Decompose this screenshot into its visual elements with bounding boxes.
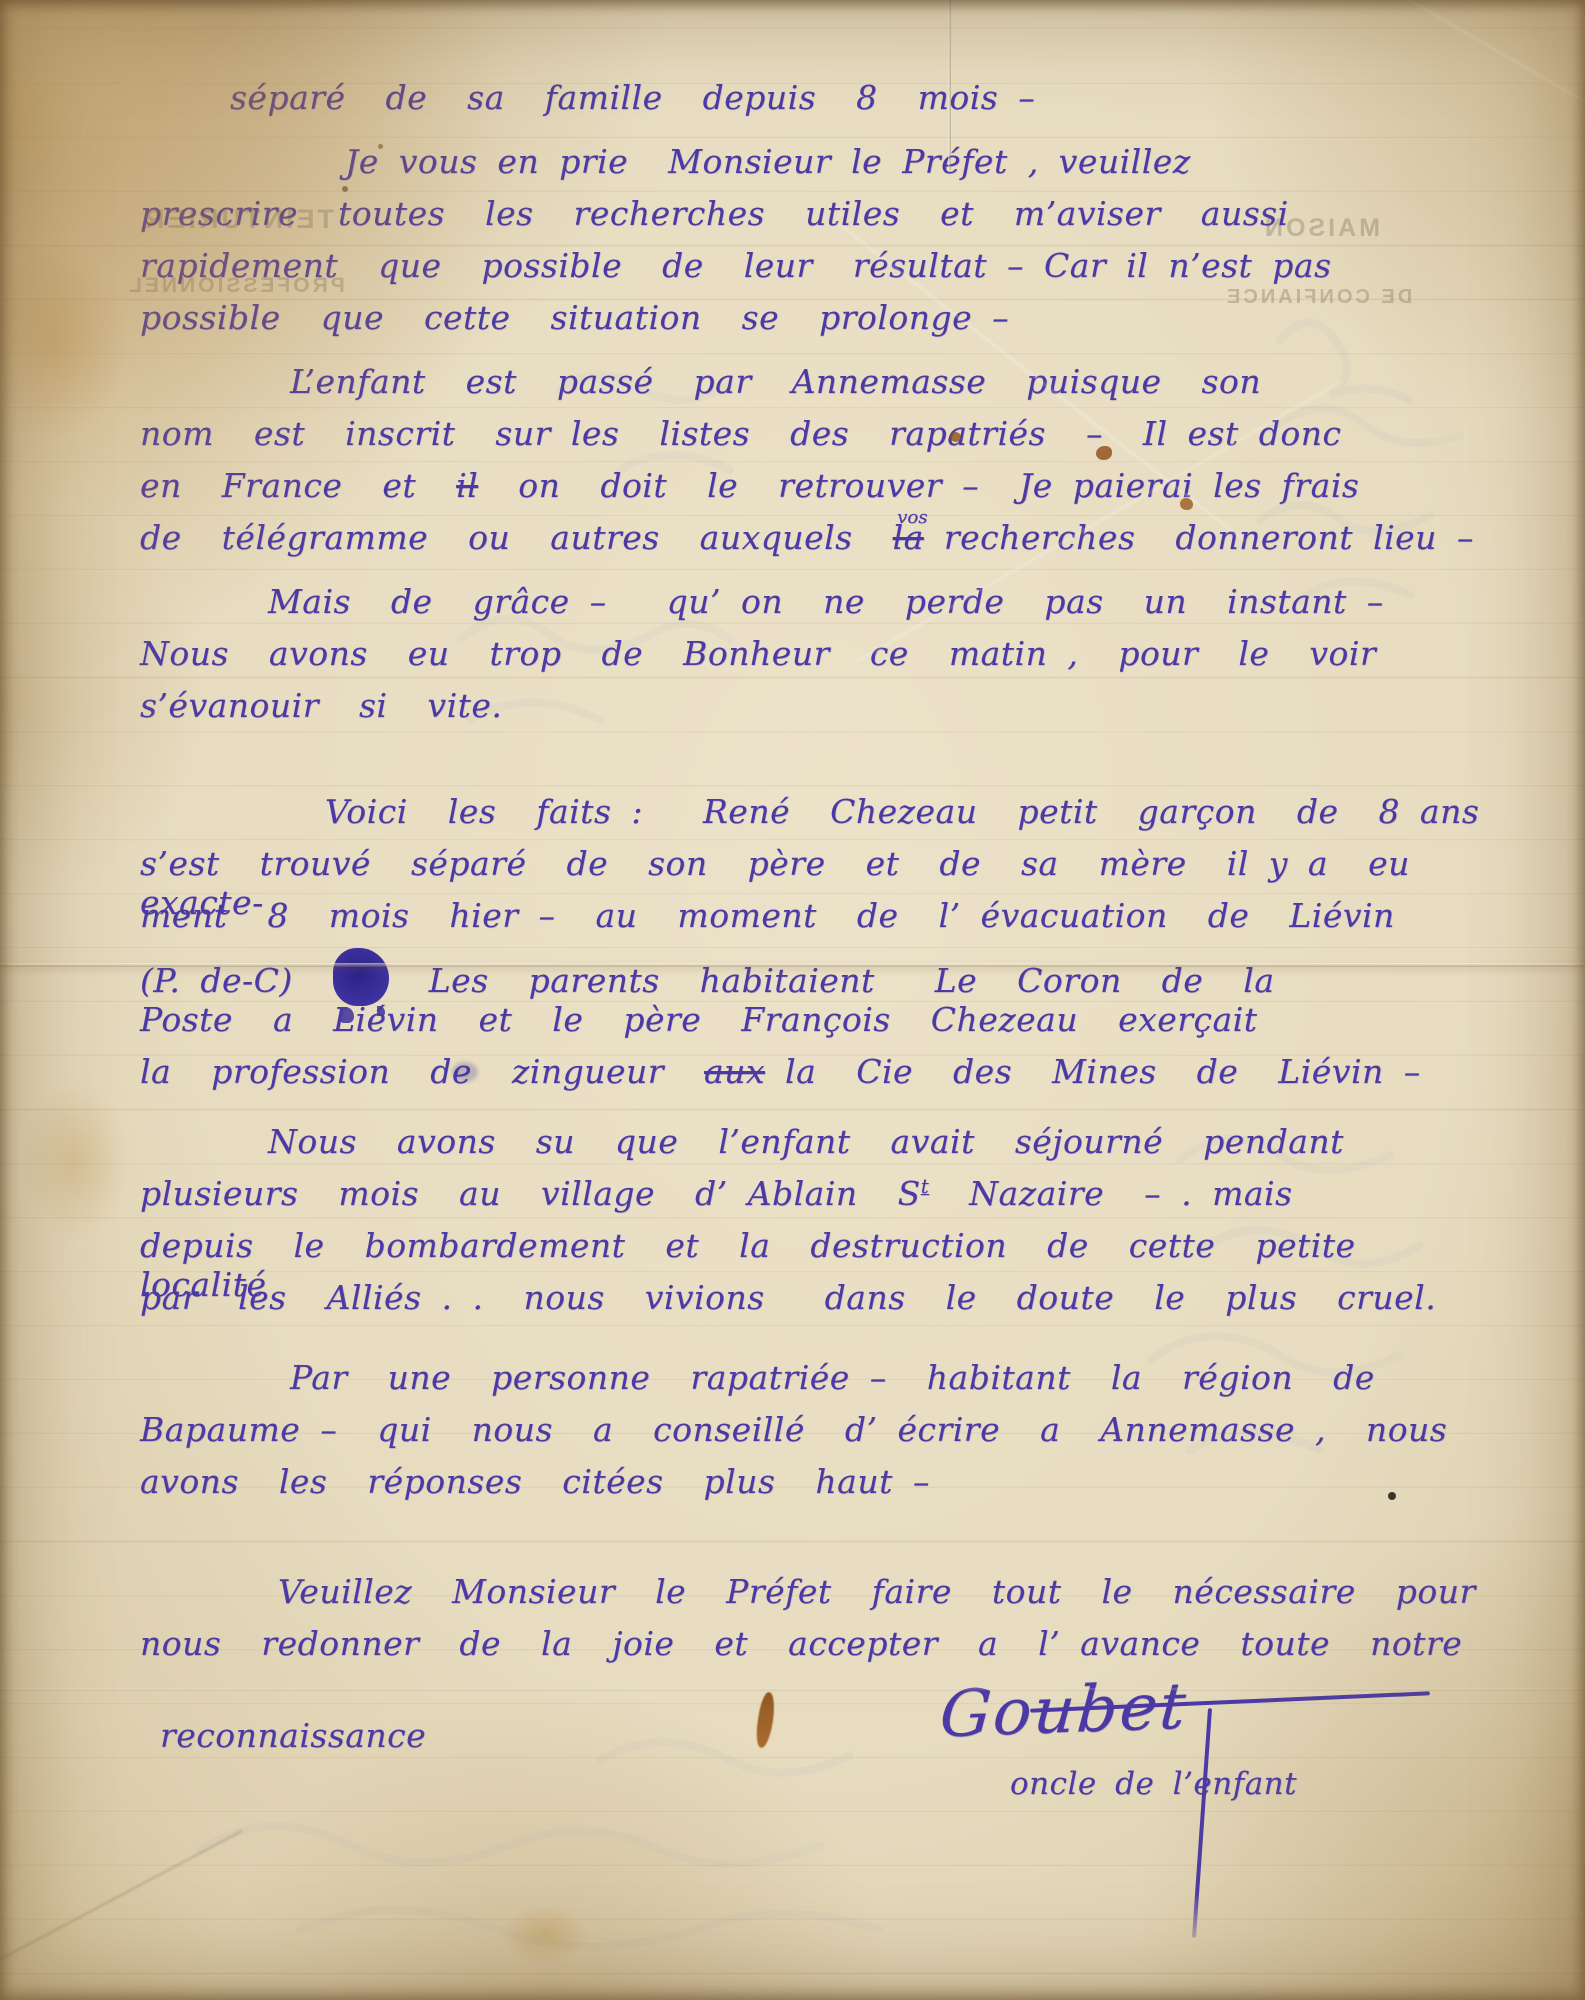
- letter-page: TEINTURIER PROFESSIONNEL MAISON DE CONFI…: [0, 0, 1585, 2000]
- paragraph: Voici les faits : René Chezeau petit gar…: [140, 792, 1517, 1104]
- letter-line: ment 8 mois hier – au moment de l’ évacu…: [140, 896, 1517, 948]
- paragraph: Veuillez Monsieur le Préfet faire tout l…: [140, 1572, 1517, 1676]
- letter-line: par les Alliés . . nous vivions dans le …: [140, 1278, 1517, 1330]
- letter-line: Nous avons eu trop de Bonheur ce matin ,…: [140, 634, 1517, 686]
- letter-line: depuis le bombardement et la destruction…: [140, 1226, 1517, 1278]
- closing-block: reconnaissanceGoubetoncle de l’enfant: [140, 1688, 1517, 1908]
- letter-line: L’enfant est passé par Annemasse puisque…: [140, 362, 1517, 414]
- letter-line: avons les réponses citées plus haut –: [140, 1462, 1517, 1514]
- letter-line: nom est inscrit sur les listes des rapat…: [140, 414, 1517, 466]
- tan-stain: [20, 1080, 130, 1240]
- letter-line: Poste a Liévin et le père François Cheze…: [140, 1000, 1517, 1052]
- letter-line: Voici les faits : René Chezeau petit gar…: [140, 792, 1517, 844]
- letter-line: Bapaume – qui nous a conseillé d’ écrire…: [140, 1410, 1517, 1462]
- letter-line: séparé de sa famille depuis 8 mois –: [140, 78, 1517, 130]
- letter-line: de télégramme ou autres auxquels vosla r…: [140, 518, 1517, 570]
- letter-body: séparé de sa famille depuis 8 mois –Je v…: [140, 78, 1517, 1908]
- paragraph: séparé de sa famille depuis 8 mois –: [140, 78, 1517, 130]
- paragraph: Mais de grâce – qu’ on ne perde pas un i…: [140, 582, 1517, 738]
- ink-blot: [333, 948, 389, 1006]
- signature-descender: [1192, 1708, 1212, 1938]
- paragraph: Nous avons su que l’enfant avait séjourn…: [140, 1122, 1517, 1330]
- paragraph: Je vous en prie Monsieur le Préfet , veu…: [140, 142, 1517, 350]
- closing-word: reconnaissance: [160, 1716, 426, 1755]
- letter-line: la profession de zingueur aux la Cie des…: [140, 1052, 1517, 1104]
- paragraph: Par une personne rapatriée – habitant la…: [140, 1358, 1517, 1514]
- letter-line: nous redonner de la joie et accepter a l…: [140, 1624, 1517, 1676]
- letter-line: plusieurs mois au village d’ Ablain St N…: [140, 1174, 1517, 1226]
- letter-line: Mais de grâce – qu’ on ne perde pas un i…: [140, 582, 1517, 634]
- handwritten-correction: vosla: [893, 518, 924, 557]
- letter-line: Veuillez Monsieur le Préfet faire tout l…: [140, 1572, 1517, 1624]
- paragraph: L’enfant est passé par Annemasse puisque…: [140, 362, 1517, 570]
- letter-line: en France et il on doit le retrouver – J…: [140, 466, 1517, 518]
- tan-stain: [0, 240, 130, 440]
- tan-stain: [500, 1905, 590, 1965]
- letter-line: Je vous en prie Monsieur le Préfet , veu…: [140, 142, 1517, 194]
- letter-line: s’est trouvé séparé de son père et de sa…: [140, 844, 1517, 896]
- letter-line: Nous avons su que l’enfant avait séjourn…: [140, 1122, 1517, 1174]
- letter-line: possible que cette situation se prolonge…: [140, 298, 1517, 350]
- letter-line: (P. de-C) Les parents habitaient Le Coro…: [140, 948, 1517, 1000]
- signature-caption: oncle de l’enfant: [1010, 1766, 1297, 1802]
- letter-line: s’évanouir si vite.: [140, 686, 1517, 738]
- letter-line: Par une personne rapatriée – habitant la…: [140, 1358, 1517, 1410]
- letter-line: rapidement que possible de leur résultat…: [140, 246, 1517, 298]
- letter-line: prescrire toutes les recherches utiles e…: [140, 194, 1517, 246]
- signature-block: Goubetoncle de l’enfant: [900, 1674, 1520, 1894]
